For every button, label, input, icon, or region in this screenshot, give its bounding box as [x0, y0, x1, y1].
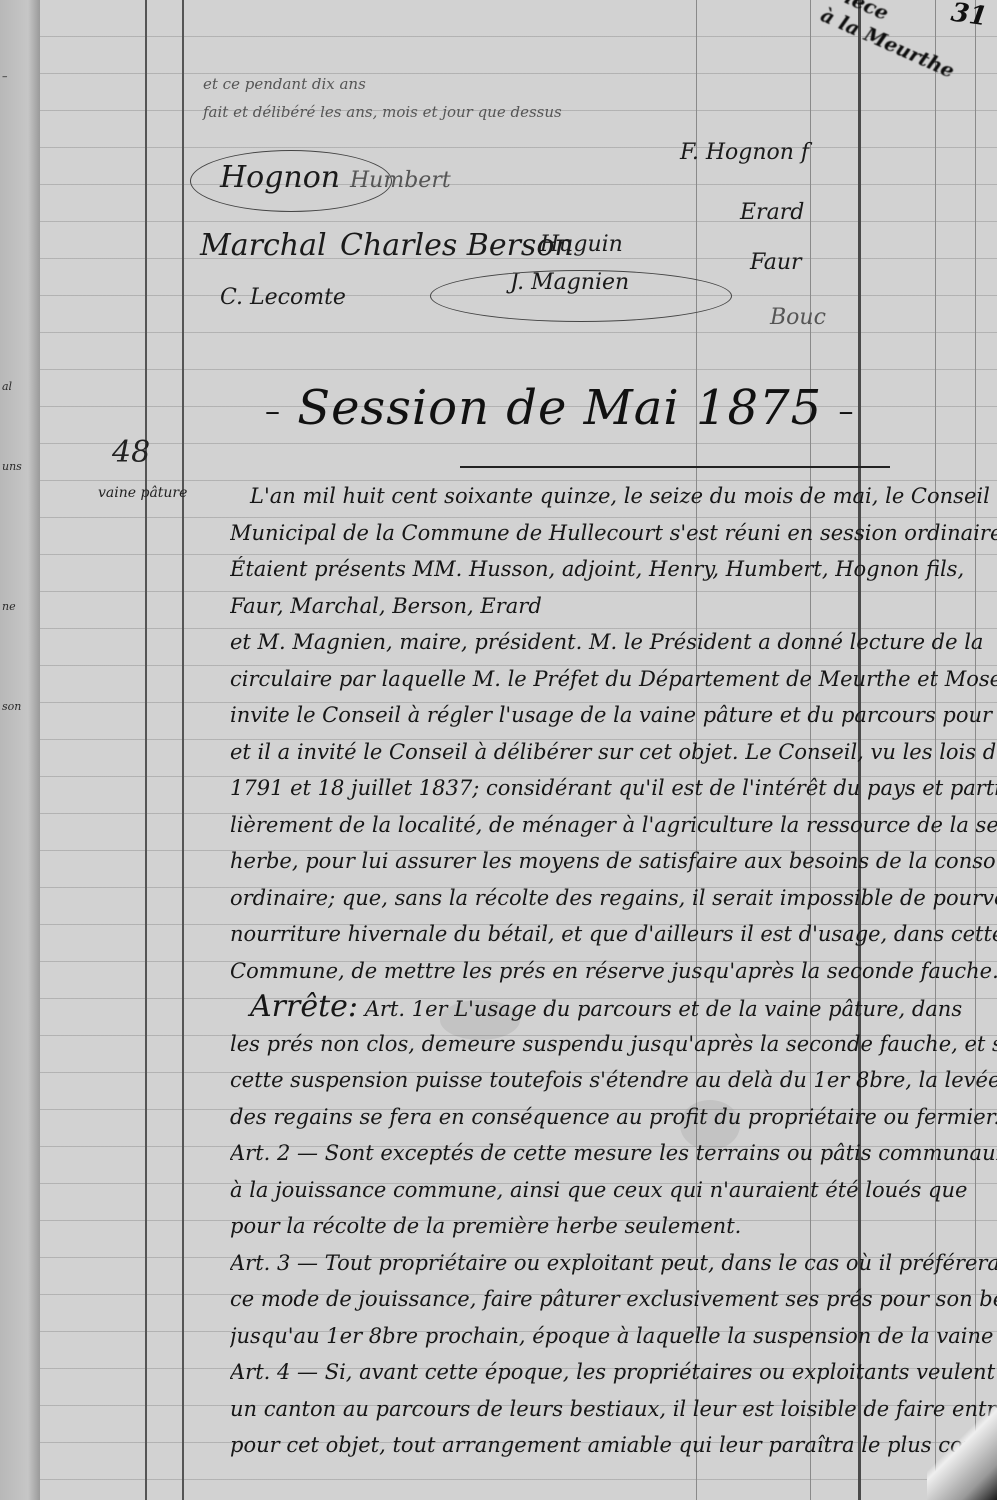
session-title-text: Session de Mai 1875 — [297, 380, 822, 436]
body-line: circulaire par laquelle M. le Préfet du … — [230, 661, 997, 698]
body-line: Faur, Marchal, Berson, Erard — [230, 588, 997, 625]
body-line: lièrement de la localité, de ménager à l… — [230, 807, 997, 844]
article-line: un canton au parcours de leurs bestiaux,… — [230, 1391, 997, 1428]
body-line: nourriture hivernale du bétail, et que d… — [230, 916, 997, 953]
article-line: jusqu'au 1er 8bre prochain, époque à laq… — [230, 1318, 997, 1355]
signature: Humbert — [350, 168, 451, 193]
signature-flourish — [430, 270, 732, 322]
article-line: pour la récolte de la première herbe seu… — [230, 1208, 997, 1245]
signature: Bouc — [770, 305, 826, 330]
margin-rule — [182, 0, 184, 1500]
article-text: Art. 1er L'usage du parcours et de la va… — [365, 997, 962, 1021]
article-line: pour cet objet, tout arrangement amiable… — [230, 1427, 997, 1464]
margin-entry-number: 48 — [112, 435, 150, 470]
article-line: Art. 4 — Si, avant cette époque, les pro… — [230, 1354, 997, 1391]
body-line: et M. Magnien, maire, président. M. le P… — [230, 624, 997, 661]
arrete-line: Arrête: Art. 1er L'usage du parcours et … — [230, 989, 997, 1026]
article-line: à la jouissance commune, ainsi que ceux … — [230, 1172, 997, 1209]
article-line: ce mode de jouissance, faire pâturer exc… — [230, 1281, 997, 1318]
signature: Huguin — [540, 232, 623, 257]
body-line: invite le Conseil à régler l'usage de la… — [230, 697, 997, 734]
previous-page-fragment: ne — [2, 600, 16, 613]
signature: Erard — [740, 200, 804, 225]
register-page: 31 Pièce à la Meurthe et ce pendant dix … — [40, 0, 997, 1500]
signature: Charles Berson — [340, 228, 574, 263]
signature: Faur — [750, 250, 802, 275]
body-line: 1791 et 18 juillet 1837; considérant qu'… — [230, 770, 997, 807]
signature: C. Lecomte — [220, 285, 346, 310]
title-underline — [460, 466, 890, 468]
previous-page-fragment: al — [2, 380, 12, 393]
previous-page-fragment: uns — [2, 460, 22, 473]
body-line: Municipal de la Commune de Hullecourt s'… — [230, 515, 997, 552]
body-line: Commune, de mettre les prés en réserve j… — [230, 953, 997, 990]
previous-page-fragment: son — [2, 700, 21, 713]
page-number: 31 — [949, 0, 989, 32]
article-line: des regains se fera en conséquence au pr… — [230, 1099, 997, 1136]
article-line: les prés non clos, demeure suspendu jusq… — [230, 1026, 997, 1063]
body-line: Étaient présents MM. Husson, adjoint, He… — [230, 551, 997, 588]
article-line: Art. 2 — Sont exceptés de cette mesure l… — [230, 1135, 997, 1172]
signature: F. Hognon f — [680, 140, 809, 165]
margin-rule — [145, 0, 147, 1500]
body-line: L'an mil huit cent soixante quinze, le s… — [230, 478, 997, 515]
previous-page-edge: – al uns ne son — [0, 0, 42, 1500]
signature: Marchal — [200, 228, 327, 263]
title-dash: – — [265, 394, 281, 429]
previous-page-fragment: – — [2, 70, 8, 83]
body-line: et il a invité le Conseil à délibérer su… — [230, 734, 997, 771]
session-title: – Session de Mai 1875 – — [265, 380, 854, 436]
signature: Hognon — [220, 160, 340, 195]
body-line: herbe, pour lui assurer les moyens de sa… — [230, 843, 997, 880]
margin-subject: vaine pâture — [98, 485, 187, 501]
article-line: cette suspension puisse toutefois s'éten… — [230, 1062, 997, 1099]
prior-minutes-closing-line: et ce pendant dix ans — [203, 75, 366, 93]
arrete-heading: Arrête: — [250, 989, 358, 1024]
deliberation-body: L'an mil huit cent soixante quinze, le s… — [230, 478, 997, 1464]
body-line: ordinaire; que, sans la récolte des rega… — [230, 880, 997, 917]
article-line: Art. 3 — Tout propriétaire ou exploitant… — [230, 1245, 997, 1282]
title-dash: – — [838, 394, 854, 429]
prior-minutes-closing-line: fait et délibéré les ans, mois et jour q… — [203, 103, 562, 121]
